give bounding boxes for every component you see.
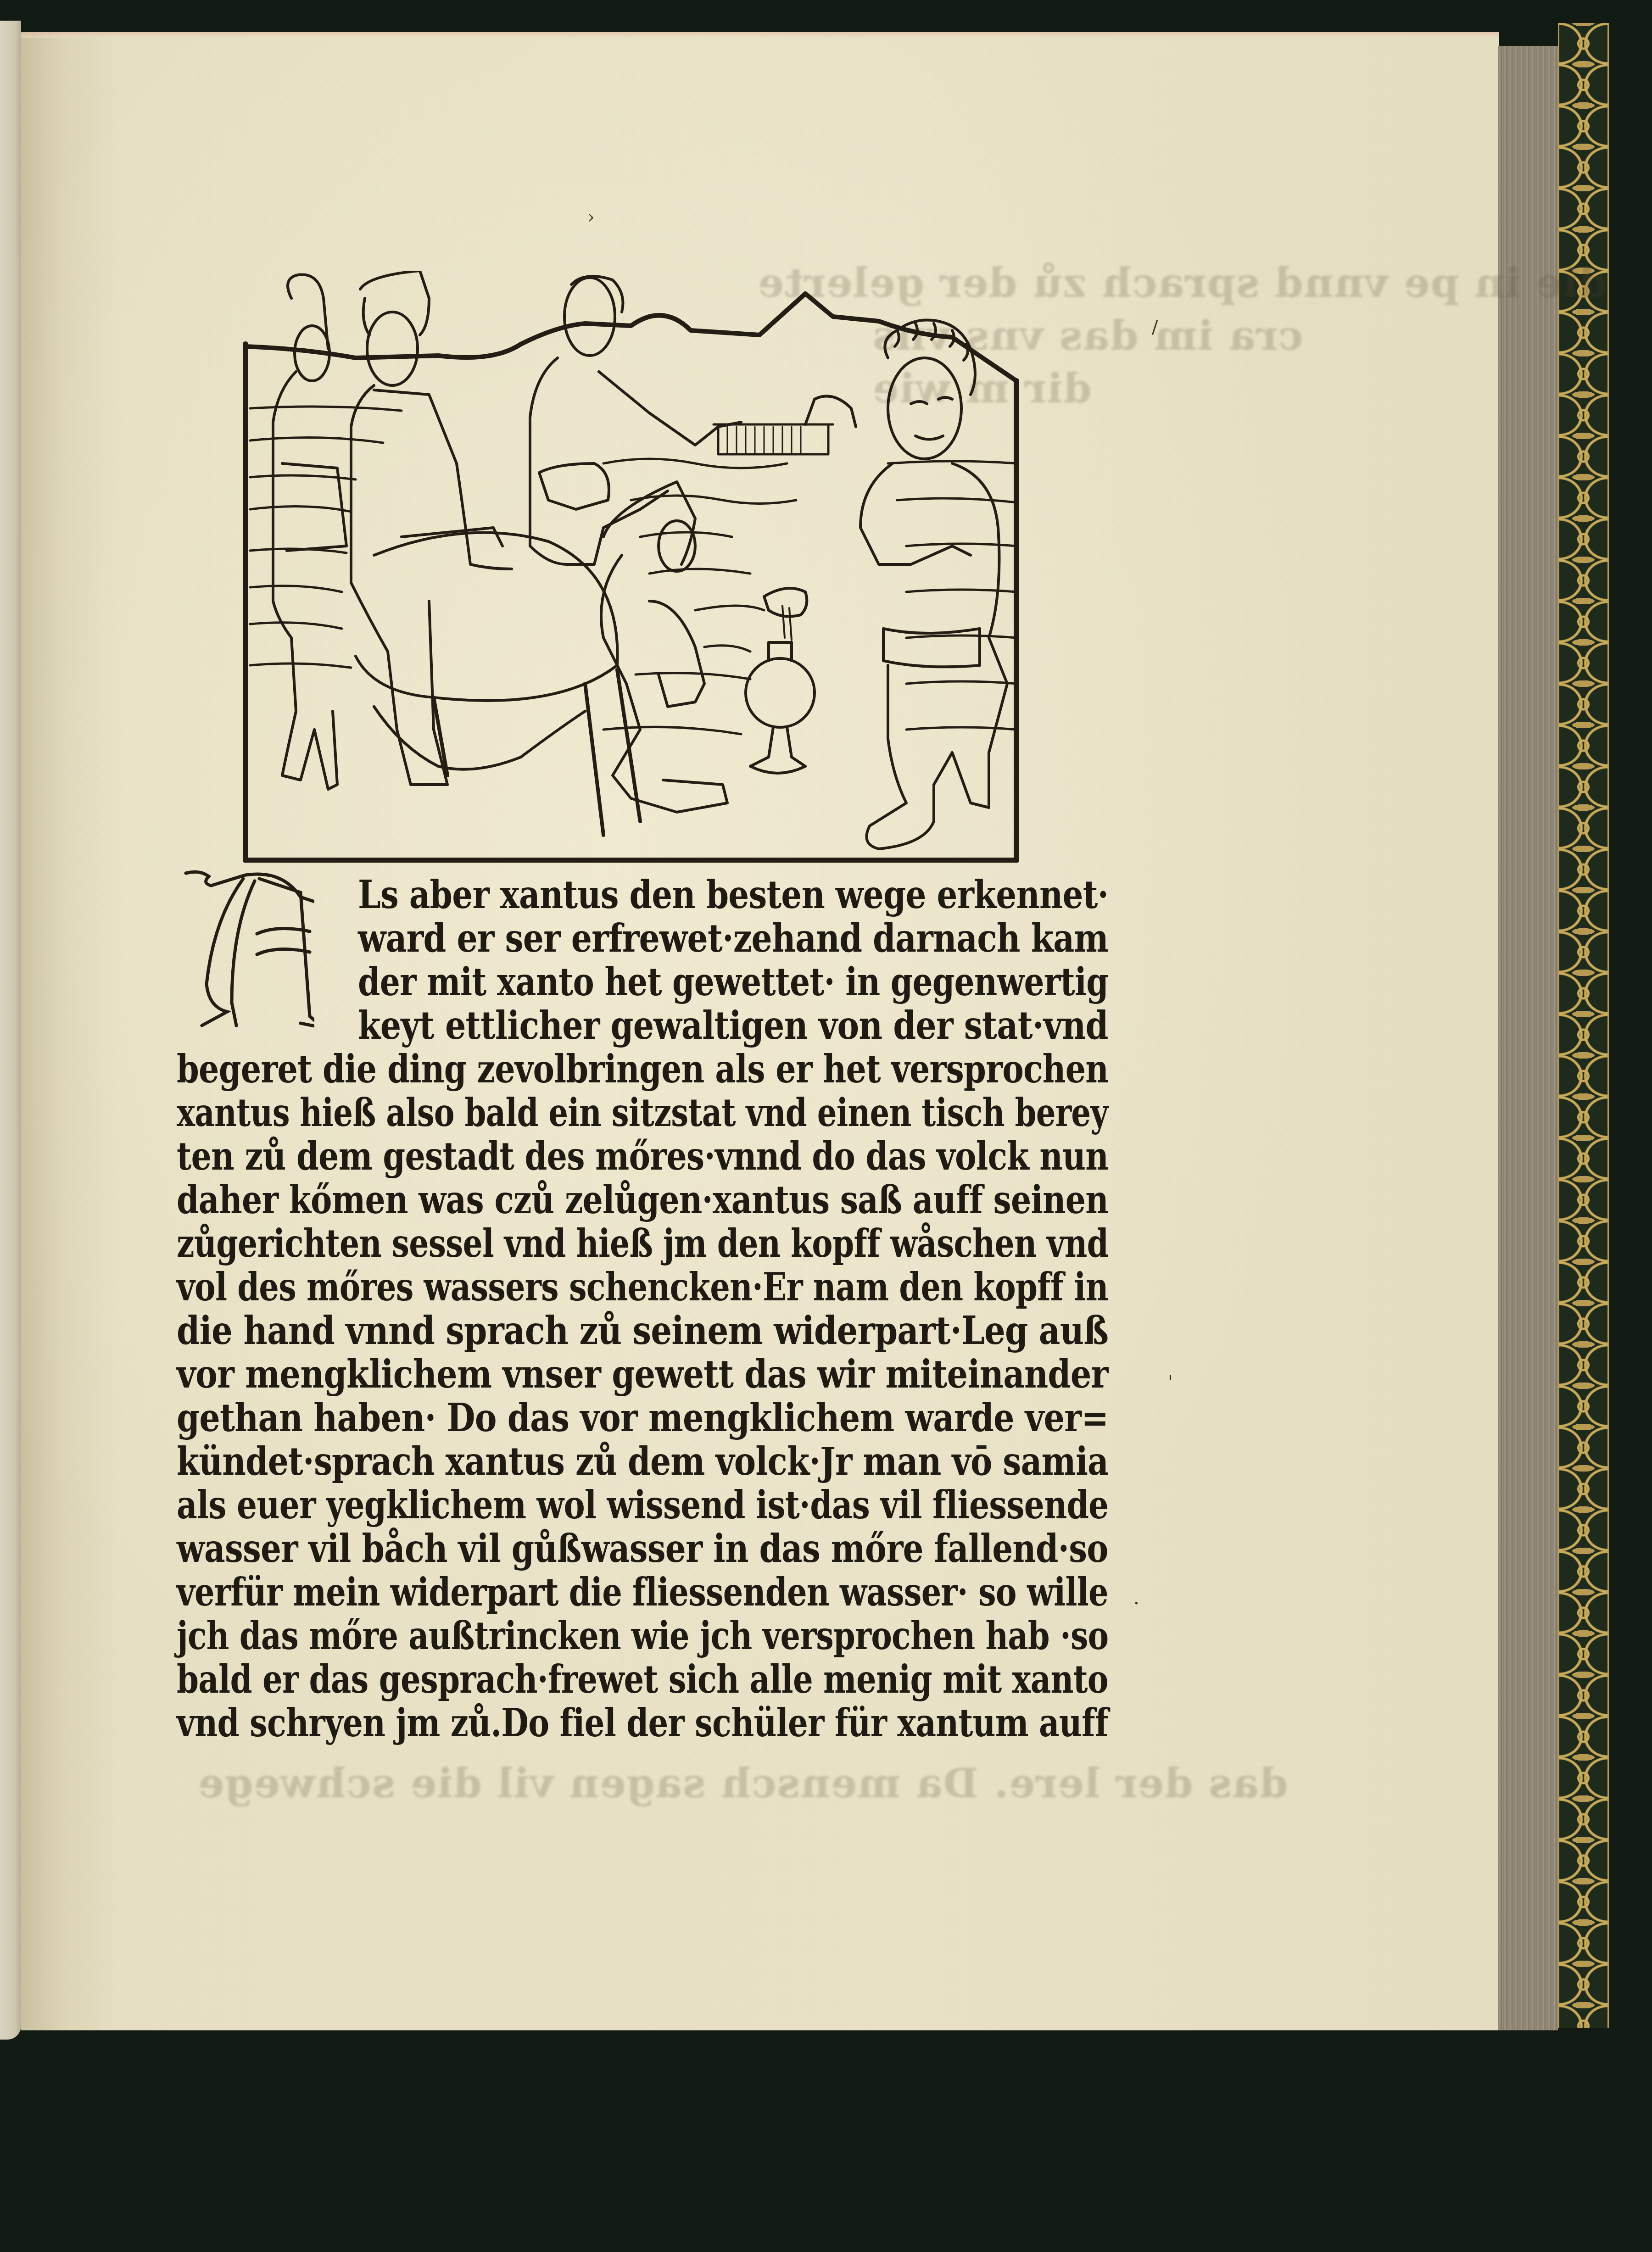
stray-mark: › [587,206,595,228]
text-line: zůgerichten sessel vnd hieß jm den kopff… [177,1221,1108,1266]
text-line: als euer yegklichem wol wissend ist·das … [177,1482,1108,1527]
text-line: kündet·sprach xantus zů dem volck·Jr man… [177,1438,1108,1484]
text-line: vor mengklichem vnser gewett das wir mit… [177,1351,1108,1397]
gilt-ornamental-border [1558,23,1609,2028]
drop-cap-a [177,865,314,1030]
stray-mark: ' [1168,1372,1173,1393]
text-line: verfür mein widerpart die fliessenden wa… [177,1569,1108,1615]
text-line: jch das mőre außtrincken wie jch verspro… [177,1613,1108,1658]
text-line: keyt ettlicher gewaltigen von der stat·v… [358,1003,1108,1048]
text-line: ten zů dem gestadt des mőres·vnnd do das… [177,1133,1108,1179]
text-line: gethan haben· Do das vor mengklichem war… [177,1395,1108,1440]
page-edge-stack [1498,46,1558,2030]
text-line: begeret die ding zevolbringen als er het… [177,1046,1108,1092]
stray-mark: . [1133,1588,1139,1609]
stray-mark: / [1152,317,1158,338]
text-line: ward er ser erfrewet·zehand darnach kam [358,915,1108,961]
facing-page-edge [0,21,21,2040]
text-line: der mit xanto het gewettet· in gegenwert… [358,959,1108,1004]
bleed-through-text: das der lere. Da mensch sagen vil die sc… [197,1757,1288,1809]
text-line: Ls aber xantus den besten wege erkennet· [358,872,1108,917]
text-line: wasser vil båch vil gůßwasser in das mőr… [177,1526,1108,1571]
text-line: xantus hieß also bald ein sitzstat vnd e… [177,1090,1108,1135]
woodcut-illustration [236,271,1023,863]
text-line: vnd schryen jm zů.Do fiel der schüler fü… [177,1700,1108,1745]
text-line: die hand vnnd sprach zů seinem widerpart… [177,1308,1108,1353]
text-line: bald er das gesprach·frewet sich alle me… [177,1656,1108,1702]
text-line: daher kőmen was czů zelůgen·xantus saß a… [177,1177,1108,1222]
text-line: vol des mőres wassers schencken·Er nam d… [177,1264,1108,1310]
